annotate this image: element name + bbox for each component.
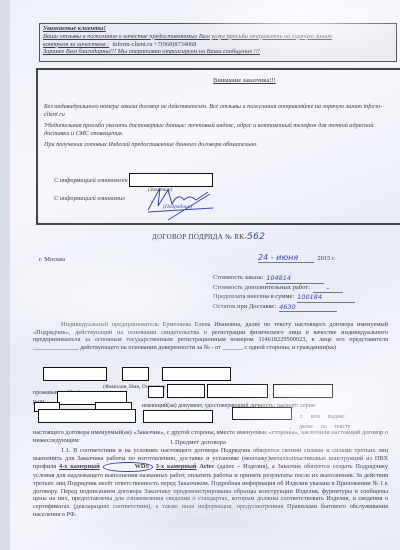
redacted-fio-2	[122, 367, 149, 381]
intro-paragraph: Индивидуальный предприниматель Ермолаева…	[33, 321, 388, 352]
redacted-issue-date	[232, 407, 292, 420]
profile-4-chamber: 4-х камерный	[59, 463, 100, 470]
contract-year: 2015 г.	[317, 255, 335, 262]
redacted-address-3	[207, 384, 268, 398]
customer-notice-box: Уважаемые клиенты! Ваши отзывы и пожелан…	[39, 23, 397, 62]
section-title: 1.Предмет договора	[170, 439, 226, 446]
date-handwritten: 24 - июня	[258, 253, 314, 263]
redacted-fio-1	[43, 367, 107, 381]
notice-line3: Заранее Вам благодарны!!! Мы оперативно …	[43, 48, 393, 56]
finance-row-extra: Стоимость дополнительных работ:–	[213, 284, 355, 294]
ack-customer-label: С информацией ознакомлен	[54, 177, 128, 184]
warning-title: Внимание заказчика!!!	[213, 77, 276, 84]
redacted-address-1	[148, 386, 164, 398]
contract-city: г. Москва	[39, 256, 65, 263]
brand-wds-circled: WDS	[103, 462, 153, 472]
brand-artec: Artec	[199, 463, 214, 470]
notice-line1: Ваши отзывы и пожелания о качестве предо…	[43, 33, 393, 41]
warning-p3: При получении готовых Изделий предоставл…	[44, 141, 396, 149]
contractor-caption: (Подрядчик)	[163, 204, 192, 210]
scan-edge	[0, 0, 10, 550]
contract-date: 24 - июня 2015 г.	[258, 253, 336, 262]
finance-block: Стоимость заказа:104814 Стоимость дополн…	[213, 274, 355, 312]
redacted-address-2	[167, 384, 205, 398]
section-1-text: 1.1. В соответствии и на условиях настоя…	[33, 447, 388, 518]
redacted-issued-by-1	[38, 409, 136, 423]
redacted-issued-by-2	[143, 410, 213, 423]
finance-row-remaining: Остаток при Доставке:4630	[213, 303, 355, 313]
redacted-address-4	[273, 384, 333, 398]
finance-row-prepaid: Предоплата внесена в сумме:100184	[213, 293, 355, 303]
redacted-fio-3	[162, 367, 231, 381]
contractor-signature	[138, 182, 218, 222]
notice-line2: контроля за качеством :	[43, 41, 109, 48]
contract-title: ДОГОВОР ПОДРЯДА № RK-562	[152, 232, 265, 242]
notice-title: Уважаемые клиенты!	[43, 25, 393, 33]
profile-3-chamber: 3-х камерный	[156, 463, 197, 470]
contract-body: Индивидуальный предприниматель Ермолаева…	[33, 321, 388, 352]
warning-p1: Без индивидуального номера заказа догово…	[44, 103, 396, 118]
contract-number: 562	[247, 232, 265, 242]
notice-contact: inform-client.ru +7(968)8734068	[112, 41, 196, 48]
customer-warning-box: Внимание заказчика!!! Без индивидуальног…	[36, 68, 400, 225]
warning-p2: Убедительная просьба указать достоверные…	[44, 122, 396, 137]
issued-by-label: г. кем выдан:	[300, 414, 345, 420]
ack-contractor-label: С информацией ознакомил	[54, 195, 125, 202]
finance-row-total: Стоимость заказа:104814	[213, 274, 355, 284]
